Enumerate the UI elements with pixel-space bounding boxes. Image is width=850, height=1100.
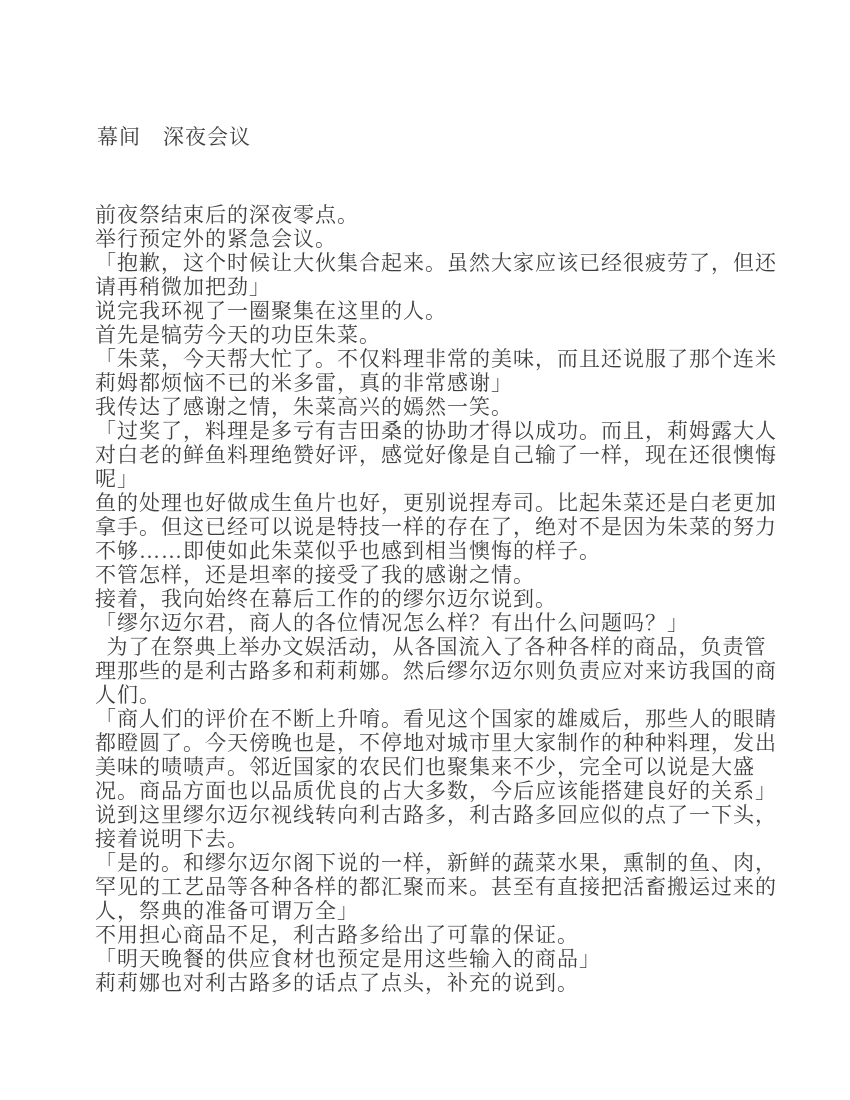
text-line: 为了在祭典上举办文娱活动，从各国流入了各种各样的商品，负责管: [95, 635, 785, 659]
text-line: 「缪尔迈尔君，商人的各位情况怎么样？有出什么问题吗？」: [95, 611, 785, 635]
text-line: 「朱菜，今天帮大忙了。不仅料理非常的美味，而且还说服了那个连米: [95, 347, 785, 371]
text-line: 「商人们的评价在不断上升唷。看见这个国家的雄威后，那些人的眼睛: [95, 707, 785, 731]
text-line: 接着，我向始终在幕后工作的的缪尔迈尔说到。: [95, 587, 785, 611]
text-line: 我传达了感谢之情，朱菜高兴的嫣然一笑。: [95, 395, 785, 419]
text-line: 「是的。和缪尔迈尔阁下说的一样，新鲜的蔬菜水果，熏制的鱼、肉，: [95, 851, 785, 875]
text-line: 人，祭典的准备可谓万全」: [95, 899, 785, 923]
text-line: 都瞪圆了。今天傍晚也是，不停地对城市里大家制作的种种料理，发出: [95, 731, 785, 755]
text-line: 美味的啧啧声。邻近国家的农民们也聚集来不少，完全可以说是大盛: [95, 755, 785, 779]
text-line: 呢」: [95, 467, 785, 491]
text-line: 莉姆都烦恼不已的米多雷，真的非常感谢」: [95, 371, 785, 395]
text-line: 不够……即使如此朱菜似乎也感到相当懊悔的样子。: [95, 539, 785, 563]
text-line: 说完我环视了一圈聚集在这里的人。: [95, 299, 785, 323]
text-line: 况。商品方面也以品质优良的占大多数，今后应该能搭建良好的关系」: [95, 779, 785, 803]
text-line: 对白老的鲜鱼料理绝赞好评，感觉好像是自己输了一样，现在还很懊悔: [95, 443, 785, 467]
text-line: 首先是犒劳今天的功臣朱菜。: [95, 323, 785, 347]
text-line: 「明天晚餐的供应食材也预定是用这些输入的商品」: [95, 947, 785, 971]
text-line: 前夜祭结束后的深夜零点。: [95, 203, 785, 227]
text-line: 「过奖了，料理是多亏有吉田桑的协助才得以成功。而且，莉姆露大人: [95, 419, 785, 443]
body-text: 前夜祭结束后的深夜零点。举行预定外的紧急会议。「抱歉，这个时候让大伙集合起来。虽…: [95, 203, 785, 995]
text-line: 拿手。但这已经可以说是特技一样的存在了，绝对不是因为朱菜的努力: [95, 515, 785, 539]
text-line: 理那些的是利古路多和莉莉娜。然后缪尔迈尔则负责应对来访我国的商: [95, 659, 785, 683]
text-line: 不用担心商品不足，利古路多给出了可靠的保证。: [95, 923, 785, 947]
text-line: 举行预定外的紧急会议。: [95, 227, 785, 251]
text-line: 请再稍微加把劲」: [95, 275, 785, 299]
text-line: 人们。: [95, 683, 785, 707]
text-line: 「抱歉，这个时候让大伙集合起来。虽然大家应该已经很疲劳了，但还: [95, 251, 785, 275]
novel-page: 幕间 深夜会议 前夜祭结束后的深夜零点。举行预定外的紧急会议。「抱歉，这个时候让…: [0, 0, 850, 1100]
text-line: 莉莉娜也对利古路多的话点了点头，补充的说到。: [95, 971, 785, 995]
text-line: 罕见的工艺品等各种各样的都汇聚而来。甚至有直接把活畜搬运过来的: [95, 875, 785, 899]
chapter-title: 幕间 深夜会议: [97, 125, 251, 149]
text-line: 接着说明下去。: [95, 827, 785, 851]
text-line: 说到这里缪尔迈尔视线转向利古路多，利古路多回应似的点了一下头，: [95, 803, 785, 827]
text-line: 鱼的处理也好做成生鱼片也好，更别说捏寿司。比起朱菜还是白老更加: [95, 491, 785, 515]
text-line: 不管怎样，还是坦率的接受了我的感谢之情。: [95, 563, 785, 587]
